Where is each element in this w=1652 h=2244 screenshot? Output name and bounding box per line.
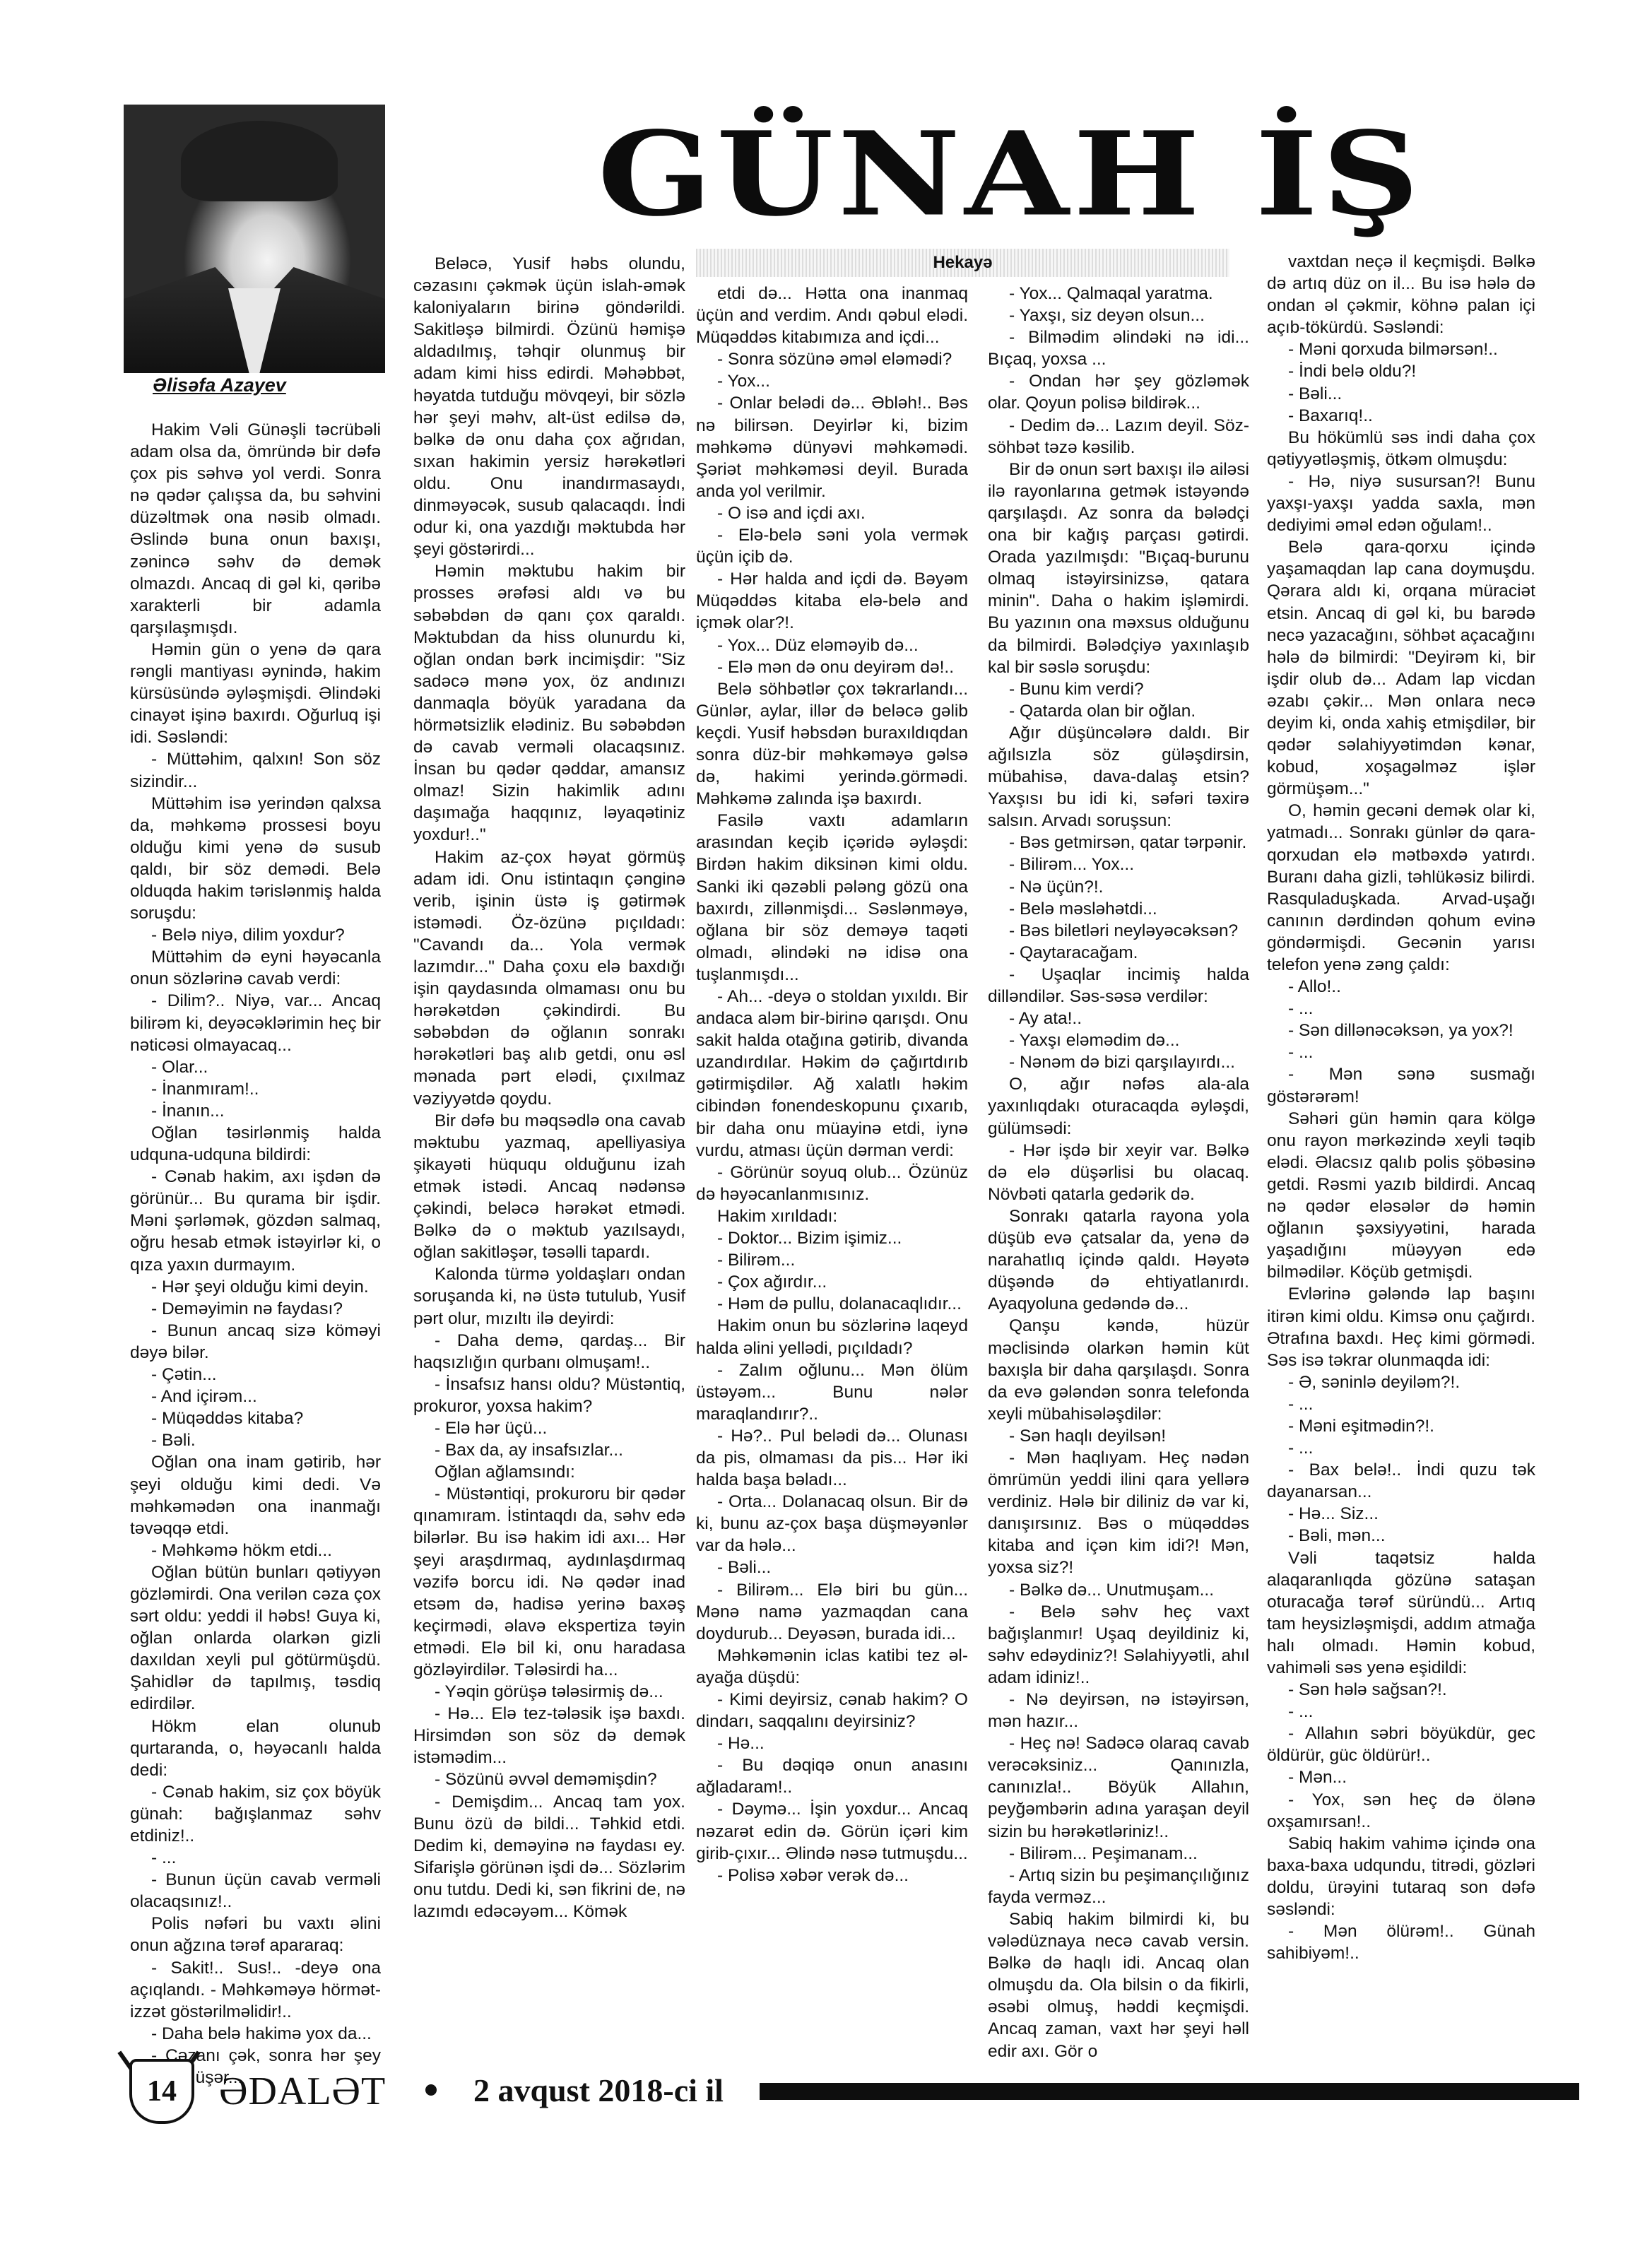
- paragraph: vaxtdan neçə il keçmişdi. Bəlkə də artıq…: [1267, 251, 1535, 338]
- paragraph: - Mən ölürəm!.. Günah sahibiyəm!..: [1267, 1920, 1535, 1964]
- paragraph: - Belə səhv heç vaxt bağışlanmır! Uşaq d…: [988, 1601, 1249, 1689]
- paragraph: - Bax da, ay insafsızlar...: [413, 1439, 685, 1461]
- paragraph: - Sonra sözünə əməl eləmədi?: [696, 348, 968, 370]
- paragraph: - Ə, səninlə deyiləm?!.: [1267, 1371, 1535, 1393]
- paragraph: - Belə niyə, dilim yoxdur?: [130, 924, 381, 946]
- paragraph: - Baxarıq!..: [1267, 405, 1535, 427]
- paragraph: - Ay ata!..: [988, 1008, 1249, 1029]
- paragraph: - Nənəm də bizi qarşılayırdı...: [988, 1051, 1249, 1073]
- paragraph: Vəli taqətsiz halda alaqaranlıqda gözünə…: [1267, 1547, 1535, 1679]
- paragraph: - Dedim də... Lazım deyil. Söz-söhbət tə…: [988, 415, 1249, 459]
- paragraph: - Demişdim... Ancaq tam yox. Bunu özü də…: [413, 1791, 685, 1923]
- paragraph: Oğlan ağlamsındı:: [413, 1461, 685, 1483]
- paragraph: Hökm elan olunub qurtaranda, o, həyəcanl…: [130, 1716, 381, 1781]
- paragraph: - Sakit!.. Sus!.. -deyə ona açıqlandı. -…: [130, 1957, 381, 2023]
- paragraph: Oğlan bütün bunları qətiyyən gözləmirdi.…: [130, 1561, 381, 1716]
- paragraph: - Bilirəm... Peşimanam...: [988, 1843, 1249, 1865]
- paragraph: - ...: [1267, 1437, 1535, 1459]
- paragraph: - Müqəddəs kitaba?: [130, 1407, 381, 1429]
- paragraph: - Mən sənə susmağı göstərərəm!: [1267, 1063, 1535, 1107]
- paragraph: Müttəhim də eyni həyəcanla onun sözlərin…: [130, 946, 381, 990]
- paragraph: - Qatarda olan bir oğlan.: [988, 700, 1249, 722]
- paragraph: - Bəs biletləri neyləyəcəksən?: [988, 920, 1249, 942]
- paragraph: - Qaytaracağam.: [988, 942, 1249, 964]
- text-column-3: etdi də... Hətta ona inanmaq üçün and ve…: [696, 283, 968, 1886]
- paragraph: - Nə üçün?!.: [988, 876, 1249, 898]
- paragraph: Oğlan ona inam gətirib, hər şeyi olduğu …: [130, 1451, 381, 1539]
- paragraph: - Ah... -deyə o stoldan yıxıldı. Bir and…: [696, 986, 968, 1162]
- paragraph: Kalonda türmə yoldaşları ondan soruşanda…: [413, 1263, 685, 1329]
- paragraph: - Sən hələ sağsan?!.: [1267, 1679, 1535, 1701]
- paragraph: - ...: [1267, 1393, 1535, 1415]
- paragraph: - O isə and içdi axı.: [696, 502, 968, 524]
- paragraph: - Yaxşı eləmədim də...: [988, 1029, 1249, 1051]
- paragraph: - Bəs getmirsən, qatar tərpənir.: [988, 832, 1249, 854]
- paragraph: - Məni qorxuda bilmərsən!..: [1267, 338, 1535, 360]
- paragraph: - Ondan hər şey gözləmək olar. Qoyun pol…: [988, 370, 1249, 414]
- paragraph: Belə söhbətlər çox təkrarlandı... Günlər…: [696, 678, 968, 810]
- paragraph: Hakim az-çox həyat görmüş adam idi. Onu …: [413, 846, 685, 1110]
- paragraph: - Cənab hakim, axı işdən də görünür... B…: [130, 1166, 381, 1275]
- paragraph: - Sən dillənəcəksən, ya yox?!: [1267, 1020, 1535, 1041]
- paragraph: - Cənab hakim, siz çox böyük günah: bağı…: [130, 1781, 381, 1847]
- text-column-4: - Yox... Qalmaqal yaratma.- Yaxşı, siz d…: [988, 283, 1249, 2062]
- paragraph: - Zalım oğlunu... Mən ölüm üstəyəm... Bu…: [696, 1359, 968, 1425]
- paragraph: - Hə...: [696, 1732, 968, 1754]
- paragraph: - ...: [1267, 998, 1535, 1020]
- paragraph: - Orta... Dolanacaq olsun. Bir də ki, bu…: [696, 1491, 968, 1557]
- paragraph: - İndi belə oldu?!: [1267, 360, 1535, 382]
- paragraph: - Yox...: [696, 370, 968, 392]
- paragraph: - Sən haqlı deyilsən!: [988, 1425, 1249, 1447]
- bullet-dot-icon: [425, 2084, 437, 2096]
- paragraph: Səhəri gün həmin qara kölgə onu rayon mə…: [1267, 1108, 1535, 1284]
- paragraph: - Bilirəm... Yox...: [988, 854, 1249, 875]
- paragraph: - Bilmədim əlindəki nə idi... Bıçaq, yox…: [988, 326, 1249, 370]
- paragraph: Bu hökümlü səs indi daha çox qətiyyətləş…: [1267, 427, 1535, 471]
- paragraph: - ...: [1267, 1701, 1535, 1723]
- paragraph: Sonrakı qatarla rayona yola düşüb evə ça…: [988, 1205, 1249, 1315]
- paragraph: - Deməyimin nə faydası?: [130, 1298, 381, 1320]
- paragraph: - Yox... Düz eləməyib də...: [696, 634, 968, 656]
- text-column-2: Beləcə, Yusif həbs olundu, cəzasını çəkm…: [413, 253, 685, 1923]
- paragraph: - Görünür soyuq olub... Özünüz də həyəca…: [696, 1162, 968, 1205]
- paragraph: - Yaxşı, siz deyən olsun...: [988, 305, 1249, 326]
- paragraph: O, həmin gecəni demək olar ki, yatmadı..…: [1267, 800, 1535, 976]
- paragraph: - Elə hər üçü...: [413, 1417, 685, 1439]
- paragraph: Beləcə, Yusif həbs olundu, cəzasını çəkm…: [413, 253, 685, 560]
- paragraph: - Dilim?.. Niyə, var... Ancaq bilirəm ki…: [130, 990, 381, 1056]
- crest-emblem-icon: 14: [124, 2049, 194, 2123]
- paragraph: - Daha demə, qardaş... Bir haqsızlığın q…: [413, 1330, 685, 1374]
- photo-hair-shape: [181, 121, 338, 201]
- paragraph: Həmin məktubu hakim bir prosses ərəfəsi …: [413, 560, 685, 846]
- paragraph: - Onlar belədi də... Əbləh!.. Bəs nə bil…: [696, 392, 968, 502]
- genre-band: Hekayə: [696, 249, 1229, 277]
- paragraph: Ağır düşüncələrə daldı. Bir ağılsızla sö…: [988, 722, 1249, 832]
- paragraph: Hakim onun bu sözlərinə laqeyd halda əli…: [696, 1315, 968, 1359]
- author-photo: [124, 105, 385, 373]
- page-number: 14: [147, 2074, 177, 2108]
- paragraph: Sabiq hakim bilmirdi ki, bu vələdüznaya …: [988, 1908, 1249, 2062]
- newspaper-name: ƏDALƏT: [219, 2069, 386, 2114]
- paragraph: Hakim Vəli Günəşli təcrübəli adam olsa d…: [130, 419, 381, 639]
- paragraph: Oğlan təsirlənmiş halda udquna-udquna bi…: [130, 1122, 381, 1166]
- paragraph: - Doktor... Bizim işimiz...: [696, 1227, 968, 1249]
- paragraph: Sabiq hakim vahimə içində ona baxa-baxa …: [1267, 1833, 1535, 1920]
- paragraph: - Bilirəm... Elə biri bu gün... Mənə nam…: [696, 1579, 968, 1645]
- paragraph: Hakim xırıldadı:: [696, 1205, 968, 1227]
- paragraph: - Artıq sizin bu peşimançılığınız fayda …: [988, 1865, 1249, 1908]
- paragraph: Belə qara-qorxu içində yaşamaqdan lap ca…: [1267, 536, 1535, 800]
- paragraph: - Hə, niyə susursan?! Bunu yaxşı-yaxşı y…: [1267, 471, 1535, 536]
- paragraph: - Sözünü əvvəl deməmişdin?: [413, 1768, 685, 1790]
- paragraph: Müttəhim isə yerindən qalxsa da, məhkəmə…: [130, 793, 381, 925]
- paragraph: Polis nəfəri bu vaxtı əlini onun ağzına …: [130, 1913, 381, 1956]
- paragraph: - Yox, sən heç də ölənə oxşamırsan!..: [1267, 1789, 1535, 1833]
- paragraph: - Bəli.: [130, 1429, 381, 1451]
- paragraph: - Bəli, mən...: [1267, 1525, 1535, 1547]
- paragraph: - Dəymə... İşin yoxdur... Ancaq nəzarət …: [696, 1798, 968, 1864]
- paragraph: - Məni eşitmədin?!.: [1267, 1415, 1535, 1437]
- paragraph: Qanşu kəndə, hüzür məclisində olarkən hə…: [988, 1315, 1249, 1424]
- paragraph: - Mən haqlıyam. Heç nədən ömrümün yeddi …: [988, 1447, 1249, 1579]
- genre-label: Hekayə: [933, 253, 992, 273]
- text-column-1: Hakim Vəli Günəşli təcrübəli adam olsa d…: [130, 419, 381, 2089]
- paragraph: Fasilə vaxtı adamların arasından keçib i…: [696, 810, 968, 986]
- paragraph: - ...: [1267, 1041, 1535, 1063]
- paragraph: - Çox ağırdır...: [696, 1271, 968, 1293]
- paragraph: - İnanın...: [130, 1100, 381, 1122]
- newspaper-page: Əlisəfa Azayev GÜNAH İŞ Hekayə Hakim Vəl…: [0, 0, 1652, 2244]
- paragraph: - Daha belə hakimə yox da...: [130, 2023, 381, 2045]
- text-column-5: vaxtdan neçə il keçmişdi. Bəlkə də artıq…: [1267, 251, 1535, 1964]
- footer-rule-bar: [760, 2083, 1579, 2100]
- paragraph: - Bunu kim verdi?: [988, 678, 1249, 700]
- article-headline: GÜNAH İŞ: [509, 117, 1512, 232]
- paragraph: - Bəli...: [1267, 383, 1535, 405]
- paragraph: - Müstəntiqi, prokuroru bir qədər qınamı…: [413, 1483, 685, 1681]
- paragraph: - Heç nə! Sadəcə olaraq cavab verəcəksin…: [988, 1732, 1249, 1842]
- paragraph: - Uşaqlar incimiş halda dilləndilər. Səs…: [988, 964, 1249, 1008]
- paragraph: - Elə mən də onu deyirəm də!..: [696, 656, 968, 678]
- paragraph: - Bəli...: [696, 1557, 968, 1578]
- paragraph: - Elə-belə səni yola vermək üçün içib də…: [696, 524, 968, 568]
- shield-icon: 14: [129, 2059, 194, 2124]
- paragraph: - Hə... Siz...: [1267, 1503, 1535, 1525]
- paragraph: - Bu dəqiqə onun anasını ağladaram!..: [696, 1754, 968, 1798]
- paragraph: - And içirəm...: [130, 1386, 381, 1407]
- paragraph: - İnanmıram!..: [130, 1078, 381, 1100]
- author-byline: Əlisəfa Azayev: [153, 374, 286, 396]
- paragraph: - Yəqin görüşə tələsirmiş də...: [413, 1681, 685, 1703]
- paragraph: - Hə?.. Pul belədi də... Olunası da pis,…: [696, 1425, 968, 1491]
- paragraph: - Polisə xəbər verək də...: [696, 1865, 968, 1886]
- paragraph: - Hər şeyi olduğu kimi deyin.: [130, 1276, 381, 1298]
- paragraph: - Məhkəmə hökm etdi...: [130, 1540, 381, 1561]
- page-footer: 14 ƏDALƏT 2 avqust 2018-ci il: [106, 2049, 1590, 2127]
- paragraph: - Bilirəm...: [696, 1249, 968, 1271]
- paragraph: Məhkəmənin iclas katibi tez əl-ayağa düş…: [696, 1645, 968, 1689]
- paragraph: - Hər halda and içdi də. Bəyəm Müqəddəs …: [696, 568, 968, 634]
- paragraph: - Kimi deyirsiz, cənab hakim? O dindarı,…: [696, 1689, 968, 1732]
- paragraph: - Çətin...: [130, 1364, 381, 1386]
- paragraph: - Olar...: [130, 1056, 381, 1078]
- paragraph: etdi də... Hətta ona inanmaq üçün and ve…: [696, 283, 968, 348]
- paragraph: - Həm də pullu, dolanacaqlıdır...: [696, 1293, 968, 1315]
- paragraph: - Allo!..: [1267, 976, 1535, 998]
- paragraph: - Mən...: [1267, 1766, 1535, 1788]
- paragraph: - Belə məsləhətdi...: [988, 898, 1249, 920]
- paragraph: O, ağır nəfəs ala-ala yaxınlıqdakı otura…: [988, 1073, 1249, 1139]
- paragraph: - Hə... Elə tez-tələsik işə baxdı. Hirsi…: [413, 1703, 685, 1768]
- paragraph: Bir də onun sərt baxışı ilə ailəsi ilə r…: [988, 459, 1249, 678]
- paragraph: Bir dəfə bu məqsədlə ona cavab məktubu y…: [413, 1110, 685, 1264]
- paragraph: Həmin gün o yenə də qara rəngli mantiyas…: [130, 639, 381, 748]
- paragraph: - Bunun ancaq sizə köməyi dəyə bilər.: [130, 1320, 381, 1364]
- paragraph: - Müttəhim, qalxın! Son söz sizindir...: [130, 748, 381, 792]
- paragraph: - Nə deyirsən, nə istəyirsən, mən hazır.…: [988, 1689, 1249, 1732]
- paragraph: - Yox... Qalmaqal yaratma.: [988, 283, 1249, 305]
- paragraph: - Allahın səbri böyükdür, gec öldürür, g…: [1267, 1723, 1535, 1766]
- paragraph: Evlərinə gələndə lap başını itirən kimi …: [1267, 1283, 1535, 1371]
- paragraph: - Hər işdə bir xeyir var. Bəlkə də elə d…: [988, 1140, 1249, 1205]
- paragraph: - İnsafsız hansı oldu? Müstəntiq, prokur…: [413, 1374, 685, 1417]
- paragraph: - Bax belə!.. İndi quzu tək dayanarsan..…: [1267, 1459, 1535, 1503]
- issue-date: 2 avqust 2018-ci il: [473, 2072, 724, 2109]
- paragraph: - Bunun üçün cavab verməli olacaqsınız!.…: [130, 1869, 381, 1913]
- paragraph: - Bəlkə də... Unutmuşam...: [988, 1579, 1249, 1601]
- paragraph: - ...: [130, 1847, 381, 1869]
